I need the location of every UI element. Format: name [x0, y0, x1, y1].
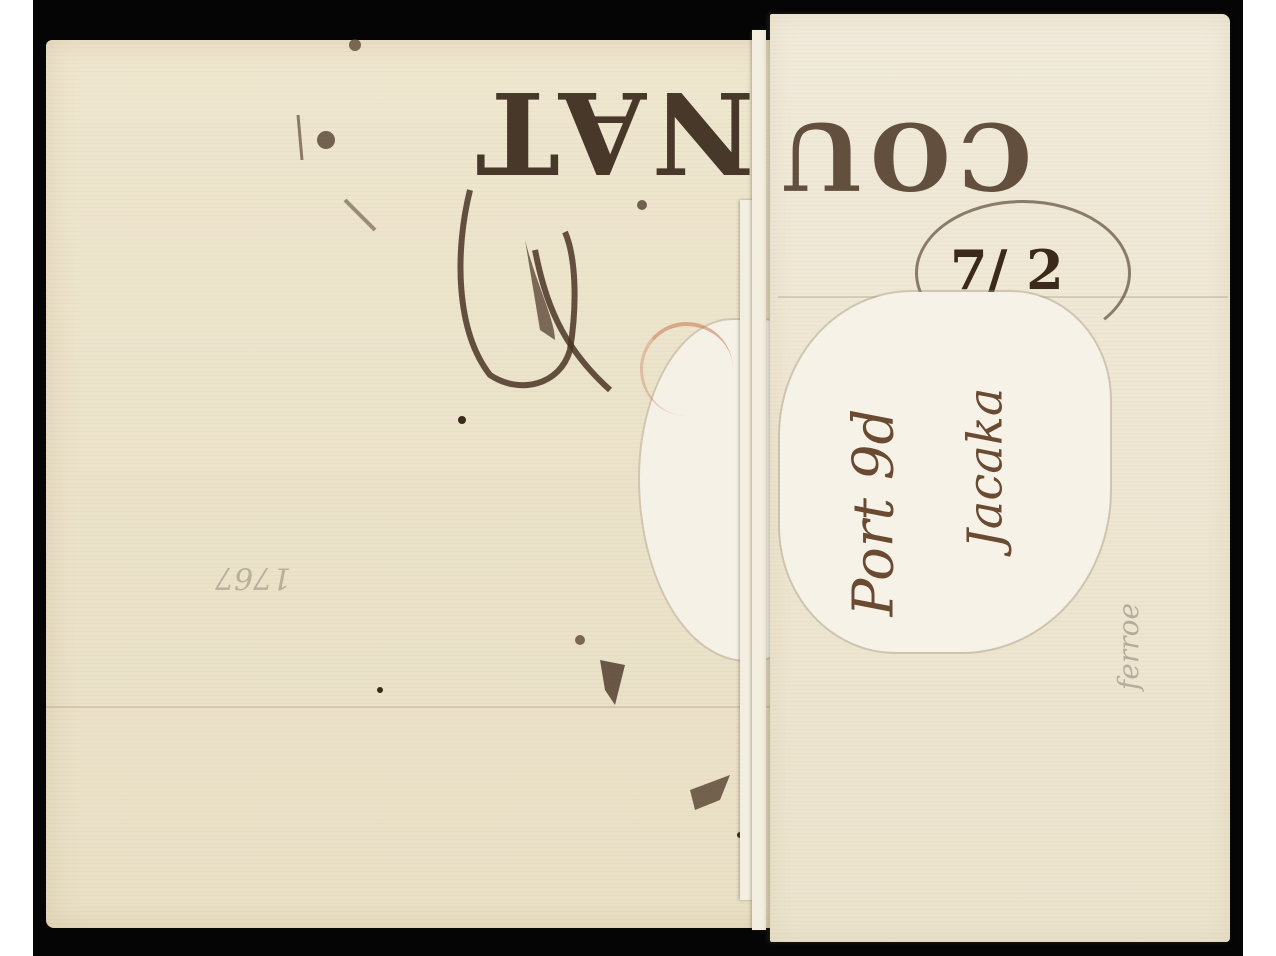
manuscript-postage-note: Port 9d	[841, 409, 906, 617]
manuscript-place-note: Jacaka	[958, 387, 1014, 548]
inner-fold-edge-2	[752, 30, 766, 930]
pencil-side-note: ferroe	[1112, 603, 1145, 690]
handstamp-right: COU	[774, 102, 1032, 210]
pencil-date-note: 1767	[215, 560, 291, 595]
wax-seal-tear	[780, 292, 1110, 652]
red-wax-trace	[640, 322, 733, 416]
